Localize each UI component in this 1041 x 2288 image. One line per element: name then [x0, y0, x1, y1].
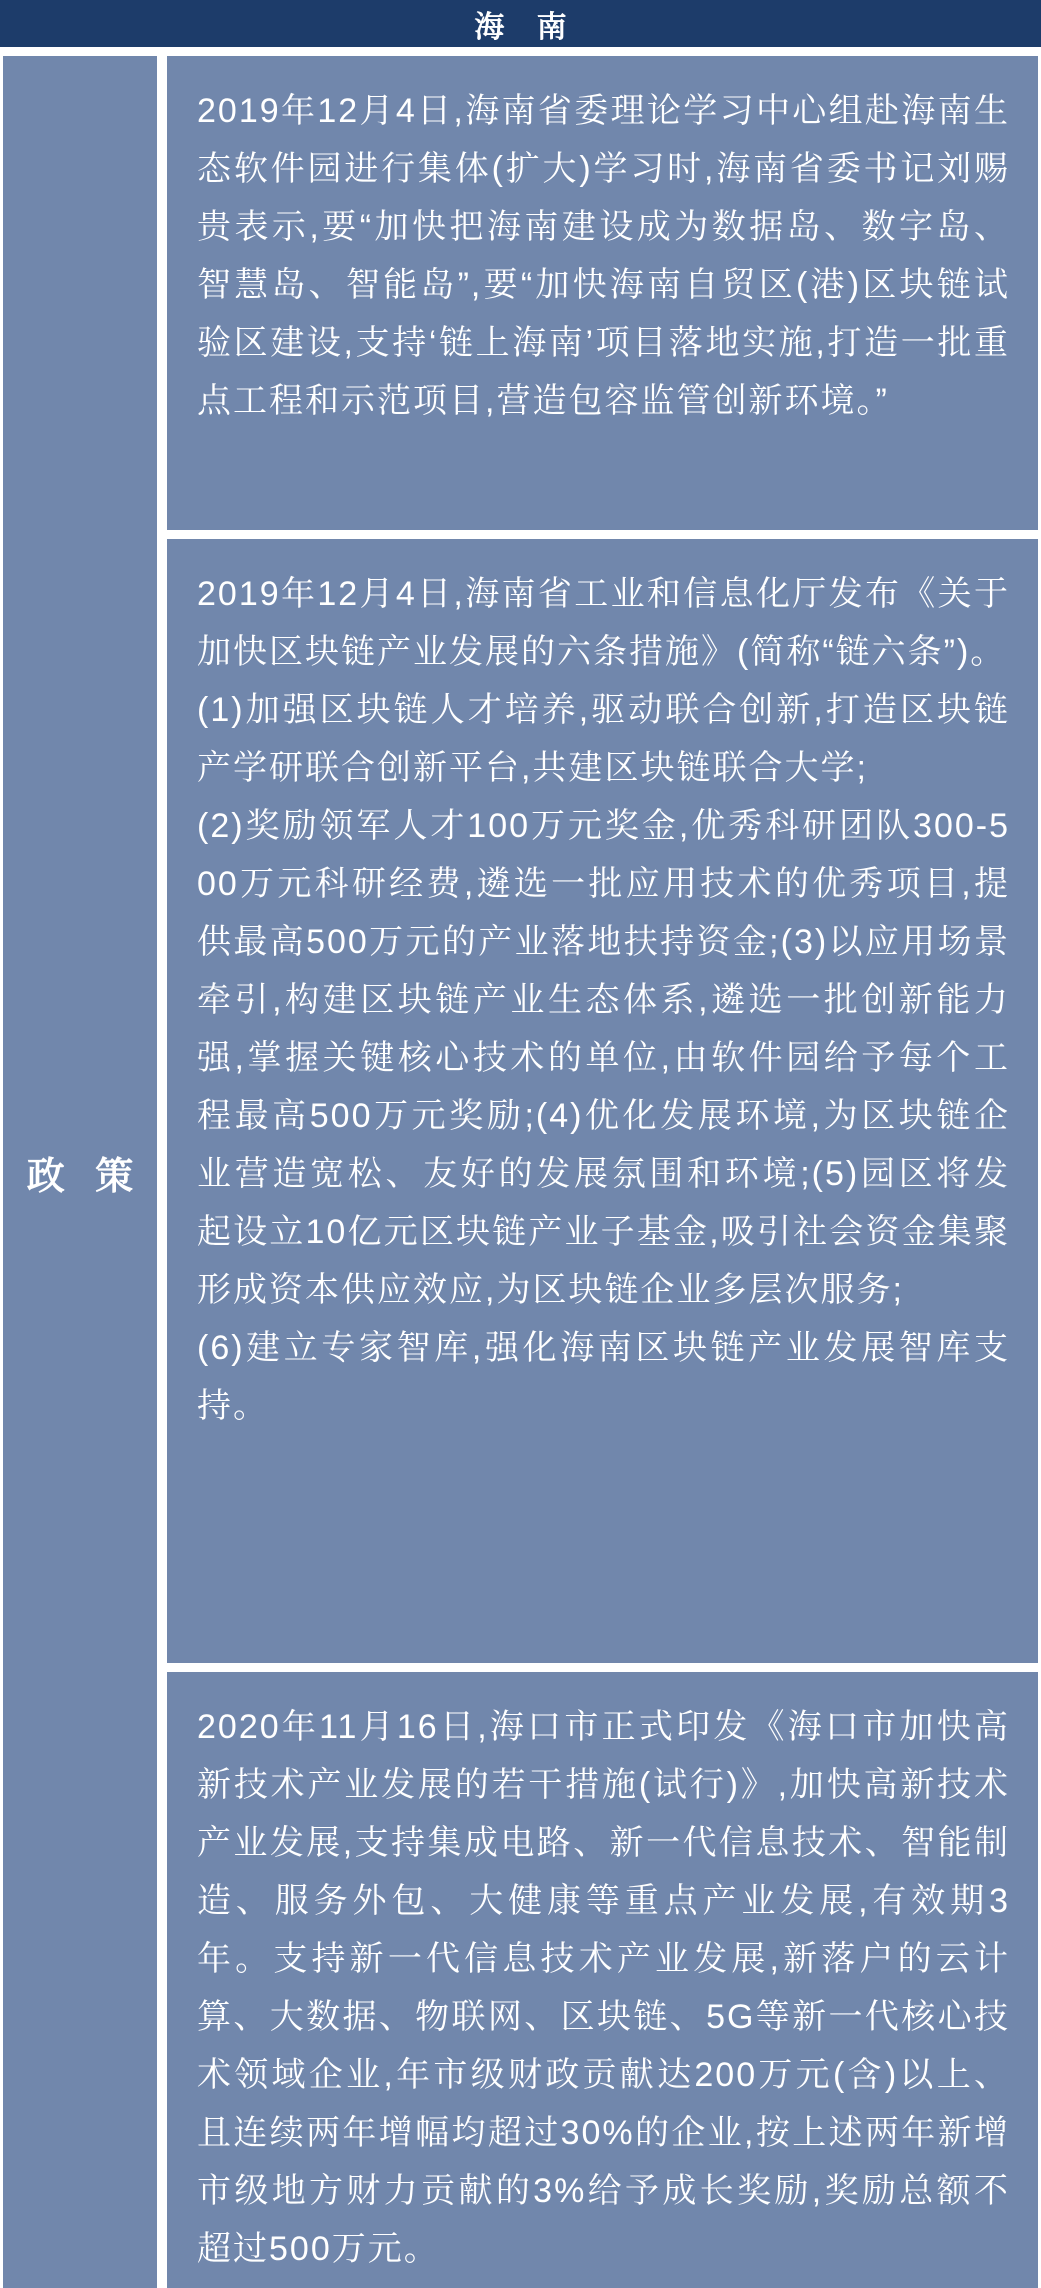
- policy-cell-2: 2019年12月4日,海南省工业和信息化厅发布《关于加快区块链产业发展的六条措施…: [167, 539, 1038, 1663]
- region-header: 海 南: [0, 0, 1041, 47]
- row-header-label: 政 策: [17, 1145, 144, 1200]
- row-header-policy: 政 策: [3, 56, 157, 2288]
- page: 海 南 政 策 2019年12月4日,海南省委理论学习中心组赴海南生态软件园进行…: [0, 0, 1041, 2288]
- policy-cell-3-paragraph: 2020年11月16日,海口市正式印发《海口市加快高新技术产业发展的若干措施(试…: [197, 1698, 1010, 2278]
- row-divider-2: [167, 1663, 1038, 1672]
- policy-cell-1: 2019年12月4日,海南省委理论学习中心组赴海南生态软件园进行集体(扩大)学习…: [167, 56, 1038, 530]
- header-gap: [0, 47, 1041, 56]
- policy-content-column: 2019年12月4日,海南省委理论学习中心组赴海南生态软件园进行集体(扩大)学习…: [167, 56, 1038, 2288]
- policy-cell-1-paragraph: 2019年12月4日,海南省委理论学习中心组赴海南生态软件园进行集体(扩大)学习…: [197, 82, 1010, 430]
- policy-cell-3: 2020年11月16日,海口市正式印发《海口市加快高新技术产业发展的若干措施(试…: [167, 1672, 1038, 2288]
- policy-cell-2-paragraph-4: (6)建立专家智库,强化海南区块链产业发展智库支持。: [197, 1319, 1010, 1435]
- region-title: 海 南: [462, 2, 578, 46]
- policy-cell-2-paragraph-2: (1)加强区块链人才培养,驱动联合创新,打造区块链产学研联合创新平台,共建区块链…: [197, 681, 1010, 797]
- policy-cell-2-paragraph-3: (2)奖励领军人才100万元奖金,优秀科研团队300-500万元科研经费,遴选一…: [197, 797, 1010, 1319]
- column-divider: [157, 56, 167, 2288]
- row-divider-1: [167, 530, 1038, 539]
- policy-table: 政 策 2019年12月4日,海南省委理论学习中心组赴海南生态软件园进行集体(扩…: [0, 56, 1041, 2288]
- policy-cell-2-paragraph-1: 2019年12月4日,海南省工业和信息化厅发布《关于加快区块链产业发展的六条措施…: [197, 565, 1010, 681]
